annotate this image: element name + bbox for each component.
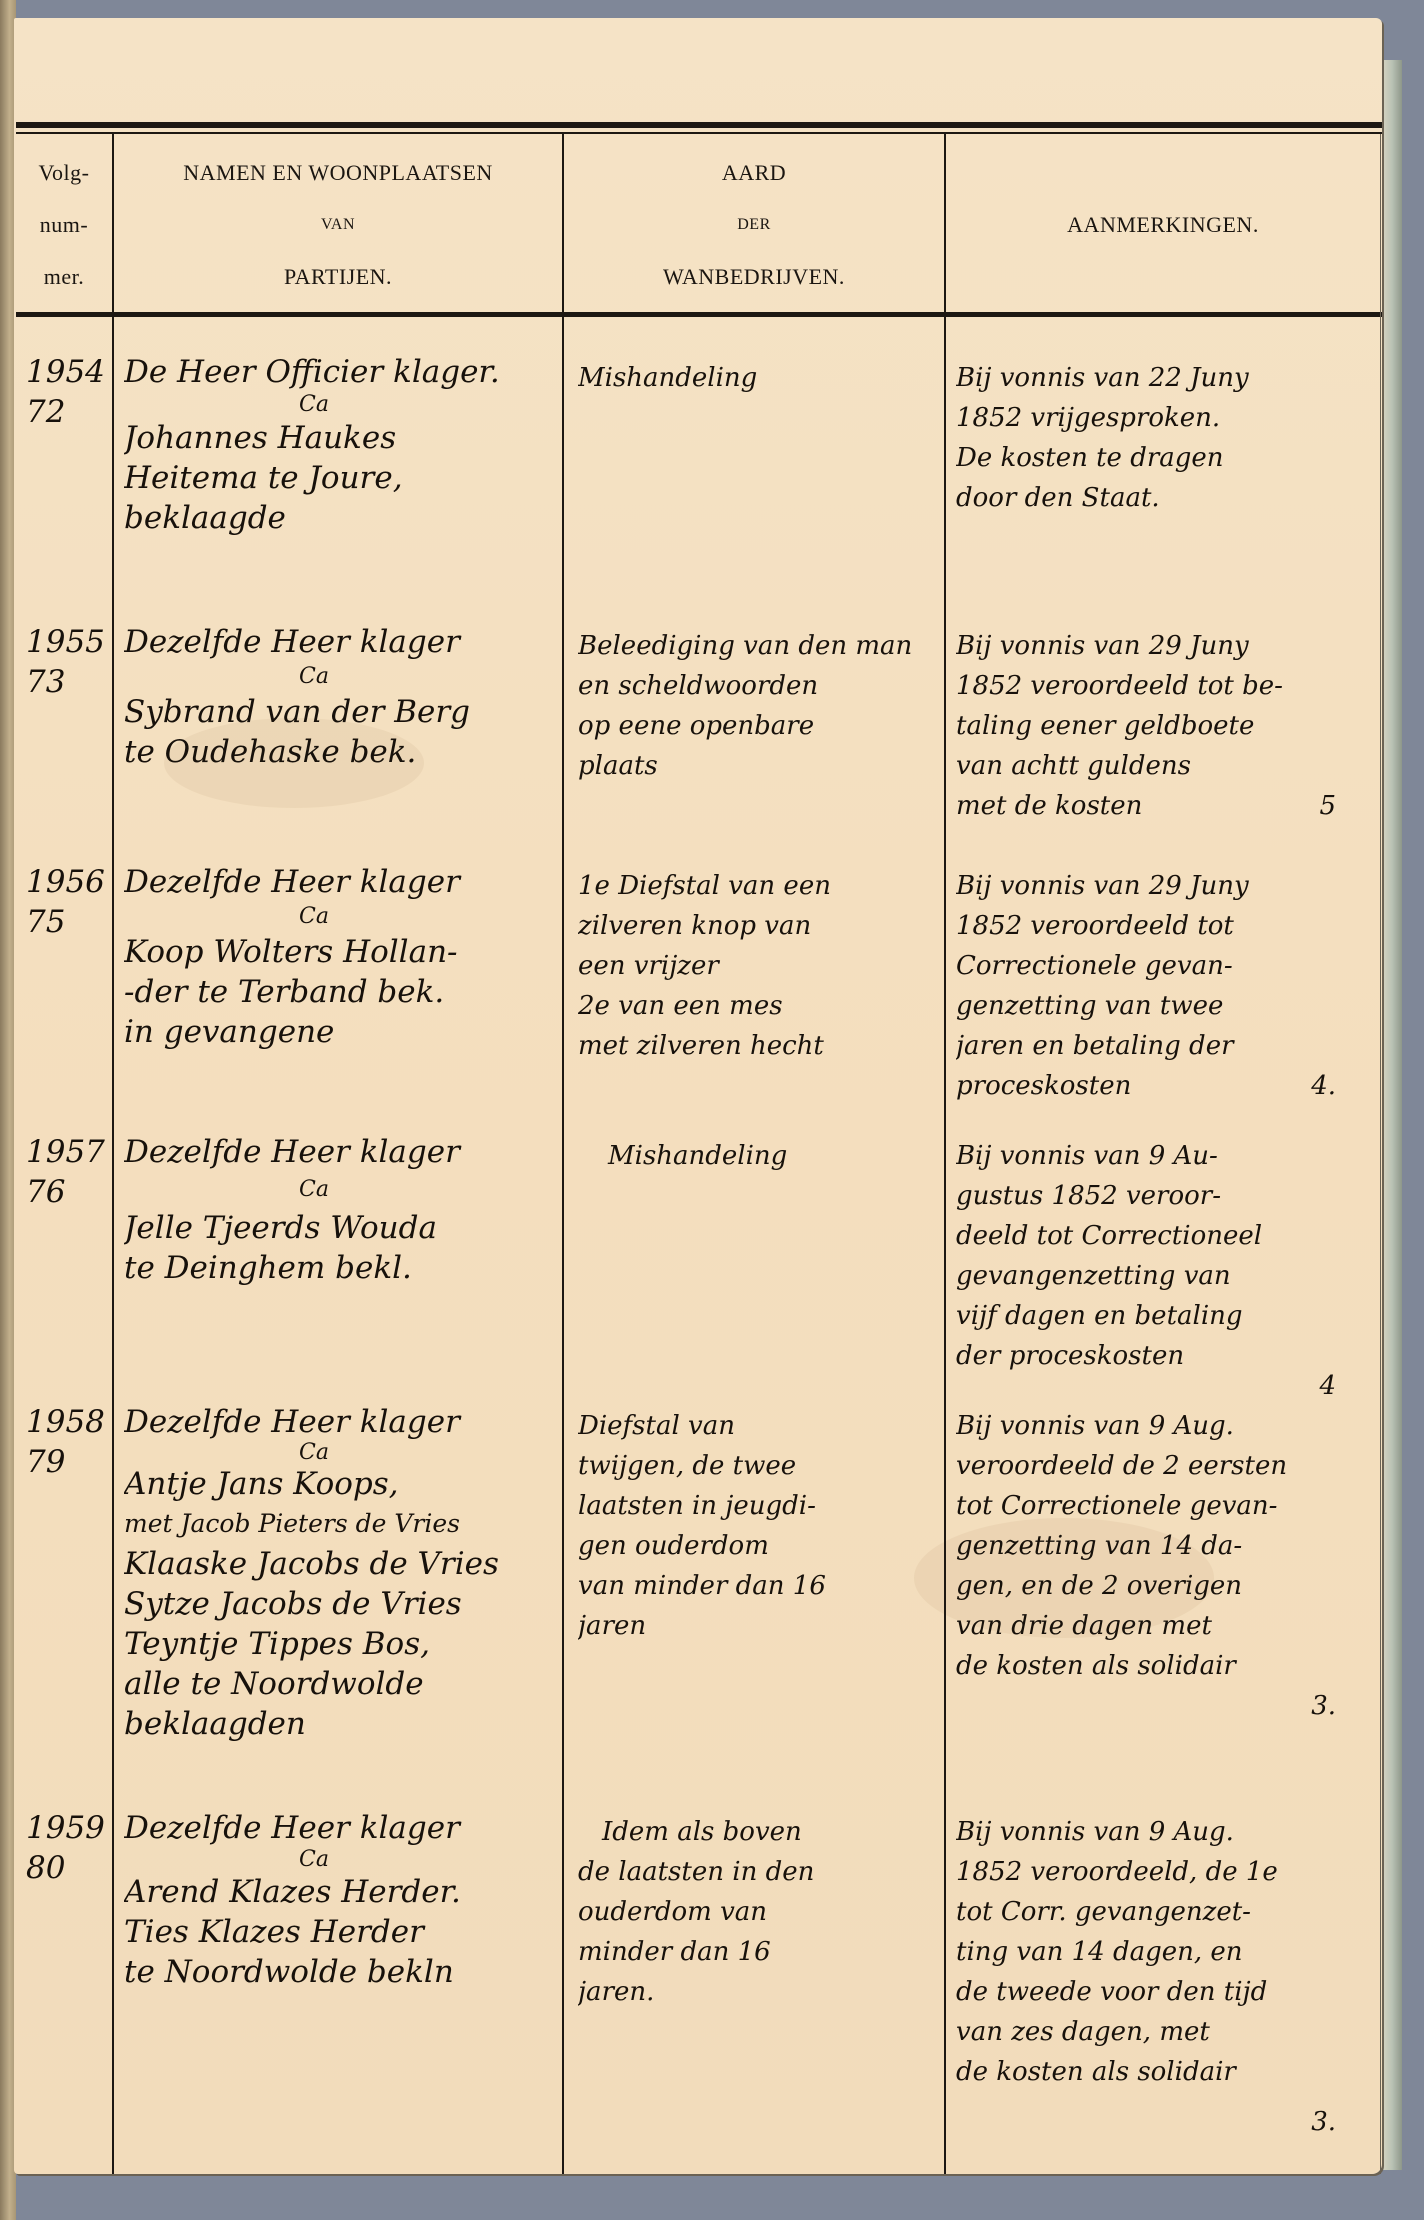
entry-1955-offence: Beleediging van den man en scheldwoorden… — [578, 626, 944, 786]
plaintiff: De Heer Officier klager. — [124, 352, 564, 392]
contra-mark: Ca — [124, 1442, 564, 1464]
header-van: VAN — [321, 217, 355, 233]
offence-line: jaren. — [578, 1972, 944, 2012]
sub-number: 76 — [26, 1172, 112, 1212]
header-partijen: PARTIJEN. — [284, 266, 392, 288]
offence-line: de laatsten in den — [578, 1852, 944, 1892]
entry-1954-number: 1954 72 — [26, 352, 112, 432]
remark-line: van drie dagen met — [956, 1606, 1376, 1646]
remark-line: deeld tot Correctioneel — [956, 1216, 1376, 1256]
party-line: alle te Noordwolde — [124, 1666, 424, 1702]
plaintiff: Dezelfde Heer klager — [124, 1132, 564, 1172]
party-line: beklaagden — [124, 1706, 306, 1742]
header-aanmerkingen: AANMERKINGEN. — [946, 140, 1380, 310]
contra-mark: Ca — [124, 392, 564, 418]
entry-1959-offence: Idem als boven de laatsten in den ouderd… — [578, 1812, 944, 2012]
contra-mark: Ca — [124, 902, 564, 932]
remark-line: door den Staat. — [956, 478, 1376, 518]
remark-line: vijf dagen en betaling — [956, 1296, 1376, 1336]
entry-1959-number: 1959 80 — [26, 1808, 112, 1888]
remark-line: veroordeeld de 2 eersten — [956, 1446, 1376, 1486]
offence-line: en scheldwoorden — [578, 666, 944, 706]
remark-line: de tweede voor den tijd — [956, 1972, 1376, 2012]
entry-1959-remarks: Bij vonnis van 9 Aug. 1852 veroordeeld, … — [956, 1812, 1376, 2142]
contra-mark: Ca — [124, 662, 564, 692]
column-divider-3 — [944, 134, 946, 2174]
remark-line: de kosten als solidair — [956, 1646, 1376, 1686]
offence-line: 2e van een mes — [578, 986, 944, 1026]
defendant-name: Sytze Jacobs de Vries — [124, 1586, 462, 1622]
entry-1958-number: 1958 79 — [26, 1402, 112, 1482]
entry-1954-remarks: Bij vonnis van 22 Juny 1852 vrijgesproke… — [956, 358, 1376, 518]
remark-line: 1852 veroordeeld tot be- — [956, 666, 1376, 706]
header-der: DER — [737, 217, 771, 233]
remark-line: Bij vonnis van 9 Aug. — [956, 1406, 1376, 1446]
remark-line: 1852 veroordeeld tot — [956, 906, 1376, 946]
party-line: -der te Terband bek. — [124, 972, 564, 1012]
remark-line: De kosten te dragen — [956, 438, 1376, 478]
header-aard: AARD — [722, 162, 786, 184]
offence-line: op eene openbare — [578, 706, 944, 746]
sub-number: 73 — [26, 662, 112, 702]
entry-1955-parties: Dezelfde Heer klager Ca Sybrand van der … — [124, 622, 564, 772]
entry-1957-offence: Mishandeling — [578, 1136, 944, 1176]
contra-mark: Ca — [124, 1848, 564, 1872]
remark-line: 1852 vrijgesproken. — [956, 398, 1376, 438]
entry-1956-number: 1956 75 — [26, 862, 112, 942]
page-right-border — [1380, 134, 1381, 2174]
entry-1958-parties: Dezelfde Heer klager Ca 1Antje Jans Koop… — [124, 1402, 564, 1744]
offence-line: van minder dan 16 — [578, 1566, 944, 1606]
remark-line: Bij vonnis van 29 Juny — [956, 866, 1376, 906]
header-namen-woonplaatsen: NAMEN EN WOONPLAATSEN VAN PARTIJEN. — [114, 140, 562, 310]
plaintiff: Dezelfde Heer klager — [124, 1402, 564, 1442]
remark-line: Bij vonnis van 9 Au- — [956, 1136, 1376, 1176]
entry-1954-offence: Mishandeling — [578, 358, 944, 398]
volgnummer: 1955 — [26, 622, 112, 662]
defendant-name: Klaaske Jacobs de Vries — [124, 1546, 499, 1582]
sub-number: 80 — [26, 1848, 112, 1888]
contra-mark: Ca — [124, 1172, 564, 1208]
sub-number: 75 — [26, 902, 112, 942]
party-line: Johannes Haukes — [124, 418, 564, 458]
offence-line: minder dan 16 — [578, 1932, 944, 1972]
remark-line: de kosten als solidair — [956, 2052, 1376, 2092]
entry-1957-remarks: Bij vonnis van 9 Au- gustus 1852 veroor-… — [956, 1136, 1376, 1406]
party-line: Heitema te Joure, — [124, 458, 564, 498]
remark-line: van zes dagen, met — [956, 2012, 1376, 2052]
volgnummer: 1956 — [26, 862, 112, 902]
column-divider-1 — [112, 134, 114, 2174]
plaintiff: Dezelfde Heer klager — [124, 862, 564, 902]
offence-line: gen ouderdom — [578, 1526, 944, 1566]
party-line: te Deinghem bekl. — [124, 1248, 564, 1288]
header-bottom-rule — [16, 312, 1382, 317]
entry-1957-number: 1957 76 — [26, 1132, 112, 1212]
volgnummer: 1954 — [26, 352, 112, 392]
party-line: Koop Wolters Hollan- — [124, 932, 564, 972]
remark-line: tot Correctionele gevan- — [956, 1486, 1376, 1526]
party-line: te Oudehaske bek. — [124, 732, 564, 772]
offence-line: Diefstal van — [578, 1406, 944, 1446]
remark-line: van achtt guldens — [956, 746, 1376, 786]
defendant-name: Antje Jans Koops, — [124, 1466, 399, 1502]
offence-line: ouderdom van — [578, 1892, 944, 1932]
sub-number: 72 — [26, 392, 112, 432]
header-mer: mer. — [44, 266, 85, 288]
page-stack-edge — [1382, 60, 1402, 2170]
party-line: met Jacob Pieters de Vries — [124, 1509, 460, 1538]
remark-line: ting van 14 dagen, en — [956, 1932, 1376, 1972]
offence-line: twijgen, de twee — [578, 1446, 944, 1486]
remark-line: Bij vonnis van 29 Juny — [956, 626, 1376, 666]
remark-line: 1852 veroordeeld, de 1e — [956, 1852, 1376, 1892]
header-namen: NAMEN EN WOONPLAATSEN — [183, 162, 493, 184]
offence-line: Beleediging van den man — [578, 626, 944, 666]
remark-line: gen, en de 2 overigen — [956, 1566, 1376, 1606]
top-thin-rule — [16, 132, 1382, 134]
party-line: te Noordwolde bekln — [124, 1954, 454, 1990]
defendant-name: Teyntje Tippes Bos, — [124, 1626, 430, 1662]
volgnummer: 1957 — [26, 1132, 112, 1172]
remark-line: Bij vonnis van 22 Juny — [956, 358, 1376, 398]
offence-line: laatsten in jeugdi- — [578, 1486, 944, 1526]
top-double-rule — [16, 122, 1382, 128]
party-line: beklaagde — [124, 498, 564, 538]
remark-line: genzetting van 14 da- — [956, 1526, 1376, 1566]
entry-1955-number: 1955 73 — [26, 622, 112, 702]
remark-line: gevangenzetting van — [956, 1256, 1376, 1296]
header-num: num- — [40, 214, 88, 236]
volgnummer: 1958 — [26, 1402, 112, 1442]
remark-line: Correctionele gevan- — [956, 946, 1376, 986]
plaintiff: Dezelfde Heer klager — [124, 622, 564, 662]
remark-line: Bij vonnis van 9 Aug. — [956, 1812, 1376, 1852]
remark-line: jaren en betaling der — [956, 1026, 1376, 1066]
header-volgnummer: Volg- num- mer. — [16, 140, 112, 310]
remark-line: tot Corr. gevangenzet- — [956, 1892, 1376, 1932]
entry-1957-parties: Dezelfde Heer klager Ca Jelle Tjeerds Wo… — [124, 1132, 564, 1288]
entry-1956-offence: 1e Diefstal van een zilveren knop van ee… — [578, 866, 944, 1066]
plaintiff: Dezelfde Heer klager — [124, 1808, 564, 1848]
header-wanbedrijven: WANBEDRIJVEN. — [663, 266, 845, 288]
defendant-name: Arend Klazes Herder. — [124, 1874, 461, 1910]
party-line: in gevangene — [124, 1012, 564, 1052]
folio-number: 3. — [956, 1686, 1376, 1726]
offence-line: plaats — [578, 746, 944, 786]
defendant-name: Ties Klazes Herder — [124, 1914, 424, 1950]
entry-1956-parties: Dezelfde Heer klager Ca Koop Wolters Hol… — [124, 862, 564, 1052]
entry-1955-remarks: Bij vonnis van 29 Juny 1852 veroordeeld … — [956, 626, 1376, 826]
offence-line: een vrijzer — [578, 946, 944, 986]
offence-line: Mishandeling — [578, 1136, 944, 1176]
remark-line: gustus 1852 veroor- — [956, 1176, 1376, 1216]
entry-1954-parties: De Heer Officier klager. Ca Johannes Hau… — [124, 352, 564, 538]
entry-1959-parties: Dezelfde Heer klager Ca 1Arend Klazes He… — [124, 1808, 564, 1992]
remark-line: taling eener geldboete — [956, 706, 1376, 746]
header-aanmerkingen-label: AANMERKINGEN. — [1067, 214, 1259, 236]
offence-line: Mishandeling — [578, 358, 944, 398]
folio-number: 3. — [956, 2102, 1376, 2142]
offence-line: Idem als boven — [578, 1812, 944, 1852]
entry-1958-remarks: Bij vonnis van 9 Aug. veroordeeld de 2 e… — [956, 1406, 1376, 1726]
party-line: Sybrand van der Berg — [124, 692, 564, 732]
entry-1956-remarks: Bij vonnis van 29 Juny 1852 veroordeeld … — [956, 866, 1376, 1106]
offence-line: 1e Diefstal van een — [578, 866, 944, 906]
header-aard-wanbedrijven: AARD DER WANBEDRIJVEN. — [564, 140, 944, 310]
offence-line: met zilveren hecht — [578, 1026, 944, 1066]
offence-line: jaren — [578, 1606, 944, 1646]
entry-1958-offence: Diefstal van twijgen, de twee laatsten i… — [578, 1406, 944, 1646]
party-line: Jelle Tjeerds Wouda — [124, 1208, 564, 1248]
offence-line: zilveren knop van — [578, 906, 944, 946]
header-volg: Volg- — [39, 162, 90, 184]
remark-line: genzetting van twee — [956, 986, 1376, 1026]
sub-number: 79 — [26, 1442, 112, 1482]
volgnummer: 1959 — [26, 1808, 112, 1848]
